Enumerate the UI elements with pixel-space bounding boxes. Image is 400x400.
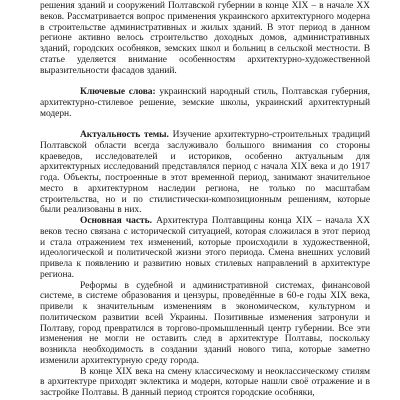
paragraph-text: В конце XIX века на смену классическому … — [40, 367, 370, 399]
paragraph-keywords: Ключевые слова: украинский народный стил… — [40, 87, 370, 119]
paragraph-abstract-continuation: решения зданий и сооружений Полтавской г… — [40, 1, 370, 76]
paragraph-relevance: Актуальность темы. Изучение архитектурно… — [40, 130, 370, 216]
paragraph-text: Реформы в судебной и административной си… — [40, 281, 370, 366]
keywords-label: Ключевые слова: — [80, 87, 156, 97]
paragraph-reforms: Реформы в судебной и административной си… — [40, 281, 370, 367]
paragraph-gap — [40, 119, 370, 130]
relevance-label: Актуальность темы. — [80, 130, 169, 140]
main-part-label: Основная часть. — [80, 216, 152, 226]
paragraph-main-part: Основная часть. Архитектура Полтавщины к… — [40, 216, 370, 281]
paragraph-gap — [40, 76, 370, 87]
paragraph-text: Изучение архитектурно-строительных тради… — [40, 130, 370, 215]
document-page: решения зданий и сооружений Полтавской г… — [0, 0, 400, 400]
paragraph-text: решения зданий и сооружений Полтавской г… — [40, 1, 370, 76]
paragraph-late-xix: В конце XIX века на смену классическому … — [40, 367, 370, 399]
